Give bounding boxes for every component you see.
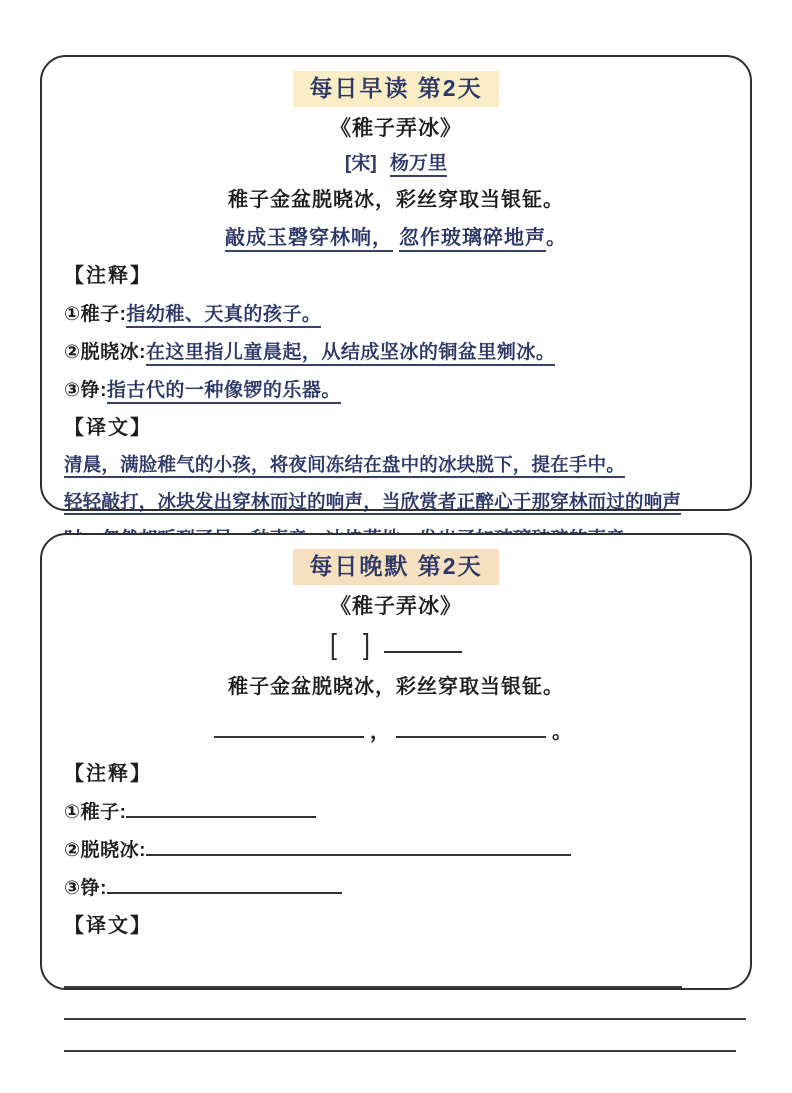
translation-blank-line: [64, 988, 746, 1020]
translation-blank-line: [64, 1020, 736, 1052]
note-answer: 指古代的一种像锣的乐器。: [107, 380, 341, 404]
note-blank-line: [107, 875, 342, 894]
translation-blank-line: [64, 956, 682, 988]
morning-reading-card: 每日早读 第2天 《稚子弄冰》 [宋] 杨万里 稚子金盆脱晓冰，彩丝穿取当银钲。…: [40, 55, 752, 511]
notes-heading: 【注释】: [64, 757, 728, 786]
note-row-2: ②脱晓冰:在这里指儿童晨起，从结成坚冰的铜盆里剜冰。: [64, 337, 728, 364]
translation-heading: 【译文】: [64, 909, 728, 938]
author-blank-line: [384, 628, 462, 653]
poem-title: 《稚子弄冰》: [64, 112, 728, 142]
note-label: ①稚子:: [64, 802, 126, 823]
comma: ，: [370, 721, 390, 743]
verse-line-1: 稚子金盆脱晓冰，彩丝穿取当银钲。: [64, 670, 728, 699]
worksheet-page: 每日早读 第2天 《稚子弄冰》 [宋] 杨万里 稚子金盆脱晓冰，彩丝穿取当银钲。…: [0, 0, 792, 1093]
note-label: ②脱晓冰:: [64, 342, 146, 363]
note-blank-line: [126, 799, 316, 818]
note-row-1: ①稚子:指幼稚、天真的孩子。: [64, 299, 728, 326]
note-label: ③铮:: [64, 878, 107, 899]
open-bracket: [: [330, 629, 337, 662]
note-answer: 指幼稚、天真的孩子。: [126, 304, 321, 328]
note-answer: 在这里指儿童晨起，从结成坚冰的铜盆里剜冰。: [146, 342, 556, 366]
morning-header-badge: 每日早读 第2天: [293, 71, 498, 107]
note-blank-row-2: ②脱晓冰:: [64, 835, 728, 862]
note-blank-row-1: ①稚子:: [64, 797, 728, 824]
translation-line-2: 轻轻敲打，冰块发出穿林而过的响声，当欣赏者正醉心于那穿林而过的响声: [64, 488, 728, 514]
evening-dictation-card: 每日晚默 第2天 《稚子弄冰》 [] 稚子金盆脱晓冰，彩丝穿取当银钲。 ，。 【…: [40, 533, 752, 990]
note-row-3: ③铮:指古代的一种像锣的乐器。: [64, 375, 728, 402]
notes-heading: 【注释】: [64, 259, 728, 288]
verse-blank-line: [396, 718, 546, 738]
author-line: [宋] 杨万里: [64, 148, 728, 175]
poem-title: 《稚子弄冰》: [64, 590, 728, 620]
translation-line-1: 清晨，满脸稚气的小孩，将夜间冻结在盘中的冰块脱下，提在手中。: [64, 451, 728, 477]
verse-line-1: 稚子金盆脱晓冰，彩丝穿取当银钲。: [64, 183, 728, 212]
translation-heading: 【译文】: [64, 411, 728, 440]
note-blank-line: [146, 837, 571, 856]
evening-header-badge: 每日晚默 第2天: [293, 549, 498, 585]
dynasty-label: [宋]: [345, 153, 377, 174]
verse-line-2: 敲成玉磬穿林响，忽作玻璃碎地声。: [64, 221, 728, 250]
verse-blank-line: [214, 718, 364, 738]
dynasty-author-blank-row: []: [64, 628, 728, 660]
note-blank-row-3: ③铮:: [64, 873, 728, 900]
author-name: 杨万里: [390, 153, 447, 177]
close-bracket: ]: [363, 629, 370, 662]
period: 。: [552, 721, 572, 743]
note-label: ①稚子:: [64, 304, 126, 325]
note-label: ②脱晓冰:: [64, 840, 146, 861]
verse-blank-row: ，。: [64, 715, 728, 744]
note-label: ③铮:: [64, 380, 107, 401]
